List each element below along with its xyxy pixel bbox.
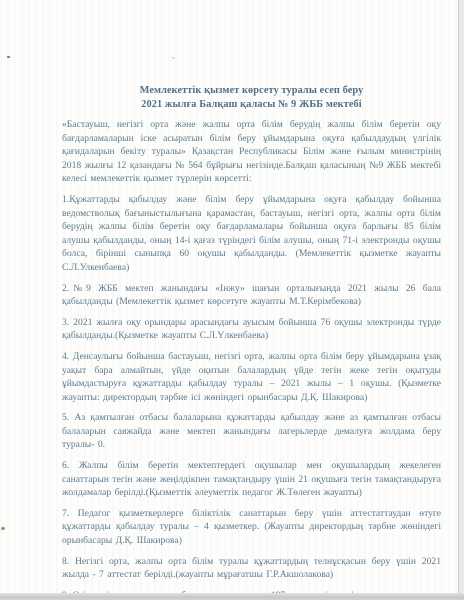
- report-item-7: 7. Педагог қызметкерлерге біліктілік сан…: [62, 507, 441, 548]
- report-item-5: 5. Аз қамтылған отбасы балаларына құжатт…: [62, 411, 441, 452]
- document-content: Мемлекеттік қызмет көрсету туралы есеп б…: [62, 84, 441, 600]
- document-title-line1: Мемлекеттік қызмет көрсету туралы есеп б…: [62, 84, 441, 98]
- report-item-2: 2.№9 ЖББ мектеп жанындағы «Інжу» шағын о…: [62, 282, 441, 309]
- scan-speck: [7, 56, 10, 58]
- report-item-1: 1.Құжаттарды қабылдау және білім беру ұй…: [62, 193, 441, 275]
- scan-speck: [172, 57, 175, 59]
- report-item-8: 8. Негізгі орта, жалпы орта білім туралы…: [62, 555, 441, 582]
- scan-speck: [1, 527, 5, 530]
- document-title: Мемлекеттік қызмет көрсету туралы есеп б…: [62, 84, 441, 112]
- scan-edge-bottom: [0, 593, 464, 600]
- report-item-4: 4. Денсаулығы бойынша бастауыш, негізгі …: [62, 350, 441, 404]
- scan-edge-right: [458, 0, 464, 600]
- intro-paragraph: «Бастауыш, негізгі орта және жалпы орта …: [62, 118, 441, 186]
- report-item-6: 6. Жалпы білім беретін мектептердегі оқу…: [62, 459, 441, 500]
- report-item-3: 3. 2021 жылға оқу орындары арасындағы ау…: [62, 316, 441, 343]
- document-title-line2: 2021 жылға Балқаш қаласы № 9 ЖББ мектебі: [62, 98, 441, 112]
- scanned-document-page: Мемлекеттік қызмет көрсету туралы есеп б…: [0, 0, 464, 600]
